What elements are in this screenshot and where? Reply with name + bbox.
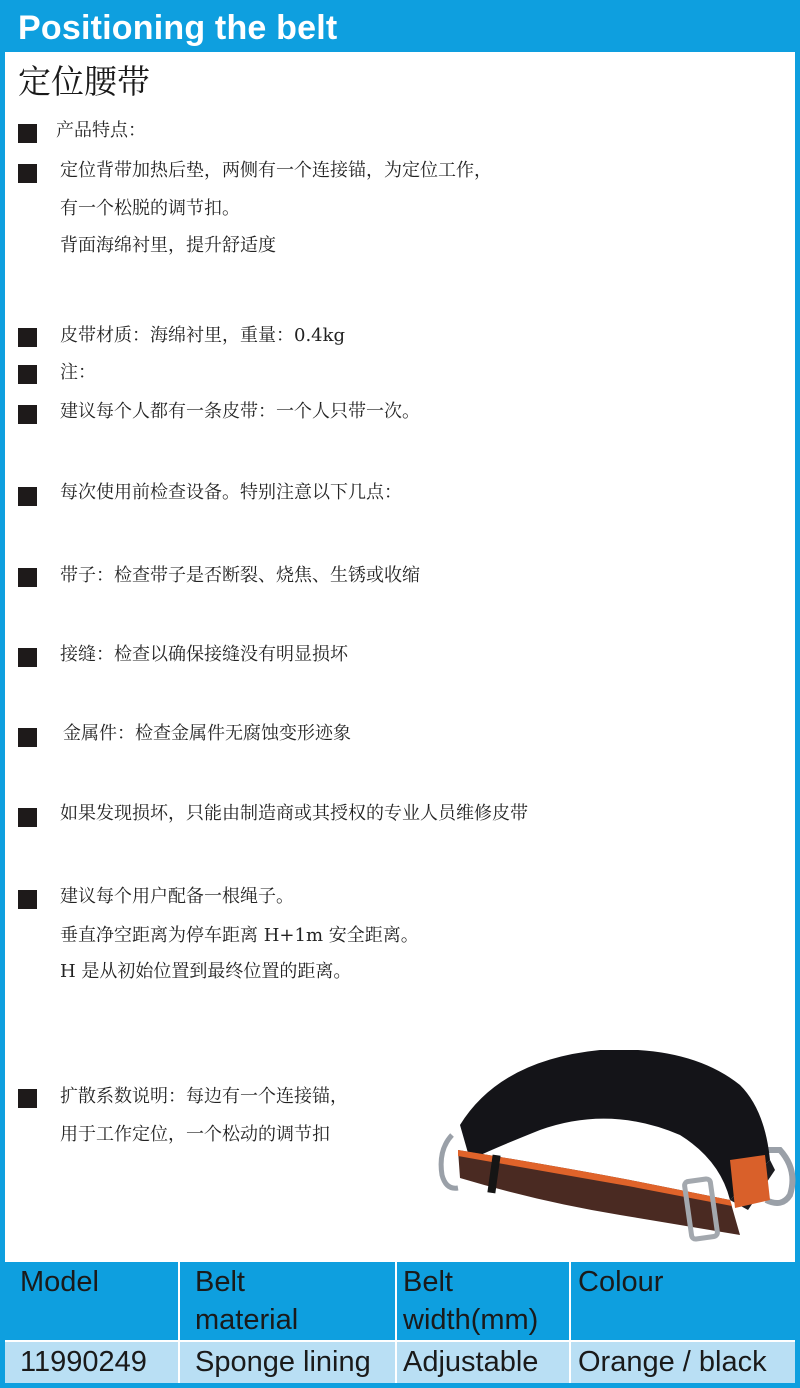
square-bullet-icon: [18, 124, 37, 143]
section-line: H 是从初始位置到最终位置的距离。: [60, 961, 351, 983]
cell-belt-width: Adjustable: [403, 1342, 538, 1382]
header-belt-material-line2: material: [195, 1300, 298, 1340]
section-line: 建议每个人都有一条皮带：一个人只带一次。: [60, 401, 420, 423]
header-belt-width-line1: Belt: [403, 1262, 453, 1302]
spec-table: Model Belt material Belt width(mm) Colou…: [5, 1262, 795, 1388]
column-divider: [569, 1262, 571, 1383]
column-divider: [395, 1262, 397, 1383]
square-bullet-icon: [18, 365, 37, 384]
section-line: 有一个松脱的调节扣。: [60, 198, 240, 220]
column-divider: [178, 1262, 180, 1383]
square-bullet-icon: [18, 808, 37, 827]
section-line: 建议每个用户配备一根绳子。: [60, 886, 294, 908]
cell-belt-material: Sponge lining: [195, 1342, 371, 1382]
table-row: 11990249 Sponge lining Adjustable Orange…: [5, 1342, 795, 1383]
page-title-chinese: 定位腰带: [18, 60, 150, 104]
section-line: 用于工作定位，一个松动的调节扣: [60, 1124, 330, 1146]
square-bullet-icon: [18, 487, 37, 506]
cell-colour: Orange / black: [578, 1342, 767, 1382]
section-line: 金属件：检查金属件无腐蚀变形迹象: [63, 723, 351, 745]
section-line: 如果发现损坏，只能由制造商或其授权的专业人员维修皮带: [60, 803, 528, 825]
square-bullet-icon: [18, 1089, 37, 1108]
d-ring-left-icon: [441, 1135, 458, 1188]
cell-model: 11990249: [20, 1342, 147, 1382]
section-line: 带子：检查带子是否断裂、烧焦、生锈或收缩: [60, 565, 420, 587]
table-header-row: Model Belt material Belt width(mm) Colou…: [5, 1262, 795, 1340]
square-bullet-icon: [18, 890, 37, 909]
belt-product-image: [430, 1050, 800, 1250]
square-bullet-icon: [18, 405, 37, 424]
section-line: 背面海绵衬里，提升舒适度: [60, 235, 276, 257]
section-line: 垂直净空距离为停车距离 H+1m 安全距离。: [60, 925, 419, 947]
header-belt-width-line2: width(mm): [403, 1300, 538, 1340]
section-line: 接缝：检查以确保接缝没有明显损坏: [60, 644, 348, 666]
header-colour: Colour: [578, 1262, 663, 1302]
title-bar: Positioning the belt: [0, 0, 800, 52]
section-line: 产品特点：: [56, 120, 146, 142]
section-line: 注：: [60, 362, 96, 384]
section-line: 每次使用前检查设备。特别注意以下几点：: [60, 482, 402, 504]
page-title-english: Positioning the belt: [18, 6, 337, 50]
square-bullet-icon: [18, 648, 37, 667]
section-line: 皮带材质：海绵衬里，重量：0.4kg: [60, 325, 345, 347]
square-bullet-icon: [18, 728, 37, 747]
section-line: 定位背带加热后垫，两侧有一个连接锚，为定位工作，: [60, 160, 492, 182]
header-belt-material-line1: Belt: [195, 1262, 245, 1302]
square-bullet-icon: [18, 568, 37, 587]
section-line: 扩散系数说明：每边有一个连接锚，: [60, 1086, 348, 1108]
square-bullet-icon: [18, 164, 37, 183]
header-model: Model: [20, 1262, 99, 1302]
square-bullet-icon: [18, 328, 37, 347]
